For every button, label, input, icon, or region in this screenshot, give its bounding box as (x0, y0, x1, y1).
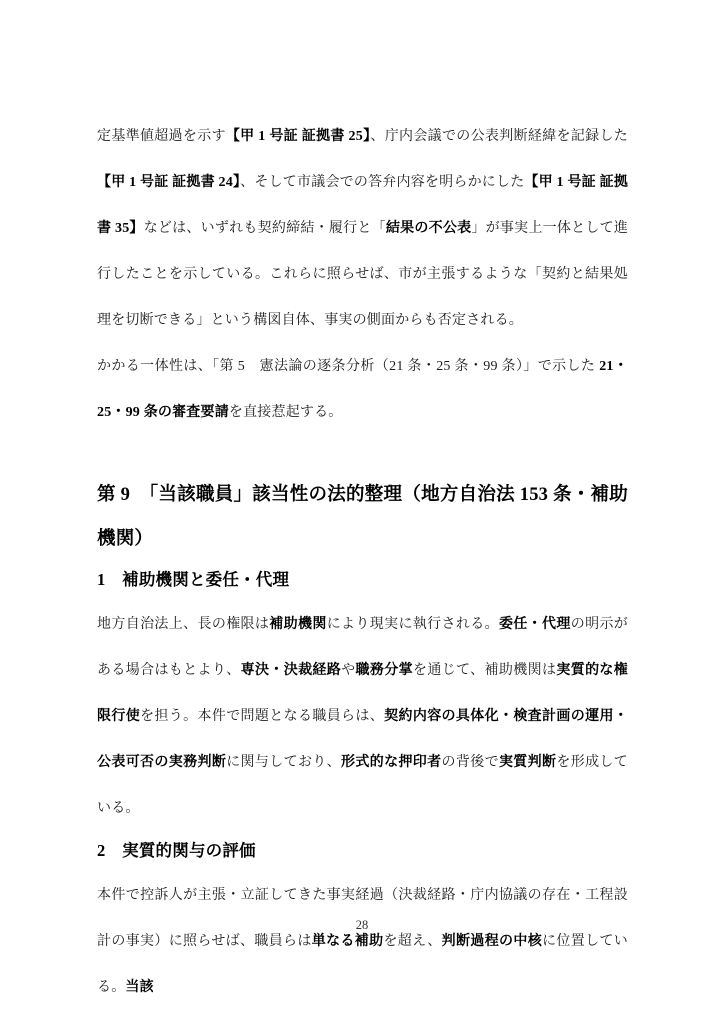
subsection-1-heading: 1 補助機関と委任・代理 (97, 561, 628, 599)
body-text: などは、いずれも契約締結・履行と「 (144, 221, 386, 236)
emphasized-text: 委任・代理 (499, 617, 571, 632)
emphasized-text: 【甲 1 号証 証拠書 25】 (226, 129, 371, 144)
emphasized-text: 当該 (125, 980, 153, 995)
section-9-heading: 第 9 「当該職員」該当性の法的整理（地方自治法 153 条・補助機関） (97, 473, 628, 561)
paragraph-substantive-involvement: 本件で控訴人が主張・立証してきた事実経過（決裁経路・庁内協議の存在・工程設計の事… (97, 873, 628, 1011)
body-text: を直接惹起する。 (229, 405, 343, 420)
body-text: かかる一体性は、「第 5 憲法論の逐条分析（21 条・25 条・99 条）」で示… (97, 359, 599, 374)
emphasized-text: 判断過程の中核 (442, 934, 542, 949)
subsection-2-heading: 2 実質的関与の評価 (97, 832, 628, 870)
body-text: 地方自治法上、長の権限は (97, 617, 269, 632)
document-page: 定基準値超過を示す【甲 1 号証 証拠書 25】、庁内会議での公表判断経緯を記録… (0, 0, 724, 1024)
paragraph-evidence-unity: 定基準値超過を示す【甲 1 号証 証拠書 25】、庁内会議での公表判断経緯を記録… (97, 114, 628, 344)
emphasized-text: 職務分掌 (356, 663, 413, 678)
paragraph-auxiliary-organ: 地方自治法上、長の権限は補助機関により現実に執行される。委任・代理の明示がある場… (97, 602, 628, 832)
emphasized-text: 単なる補助 (312, 934, 384, 949)
emphasized-text: 結果の不公表 (386, 221, 471, 236)
body-text: を通じて、補助機関は (413, 663, 556, 678)
body-text: 、庁内会議での公表判断経緯を記録した (370, 129, 628, 144)
document-body: 定基準値超過を示す【甲 1 号証 証拠書 25】、庁内会議での公表判断経緯を記録… (0, 0, 724, 1011)
emphasized-text: 形式的な押印者 (341, 755, 441, 770)
emphasized-text: 補助機関 (269, 617, 326, 632)
body-text: により現実に執行される。 (327, 617, 499, 632)
emphasized-text: 【甲 1 号証 証拠書 24】 (97, 175, 240, 190)
body-text: や (341, 663, 355, 678)
body-text: 」が事実上一体として進行したことを示している。これらに照らせば、市が主張するよう… (97, 221, 628, 328)
body-text: 定基準値超過を示す (97, 129, 226, 144)
emphasized-text: 実質判断 (499, 755, 556, 770)
body-text: 、そして市議会での答弁内容を明らかにした (240, 175, 524, 190)
page-number: 28 (0, 918, 724, 933)
body-text: に関与しており、 (226, 755, 341, 770)
paragraph-review-request: かかる一体性は、「第 5 憲法論の逐条分析（21 条・25 条・99 条）」で示… (97, 344, 628, 436)
body-text: を超え、 (383, 934, 441, 949)
body-text: の背後で (442, 755, 499, 770)
emphasized-text: 専決・決裁経路 (241, 663, 342, 678)
body-text: を担う。本件で問題となる職員らは、 (140, 709, 384, 724)
